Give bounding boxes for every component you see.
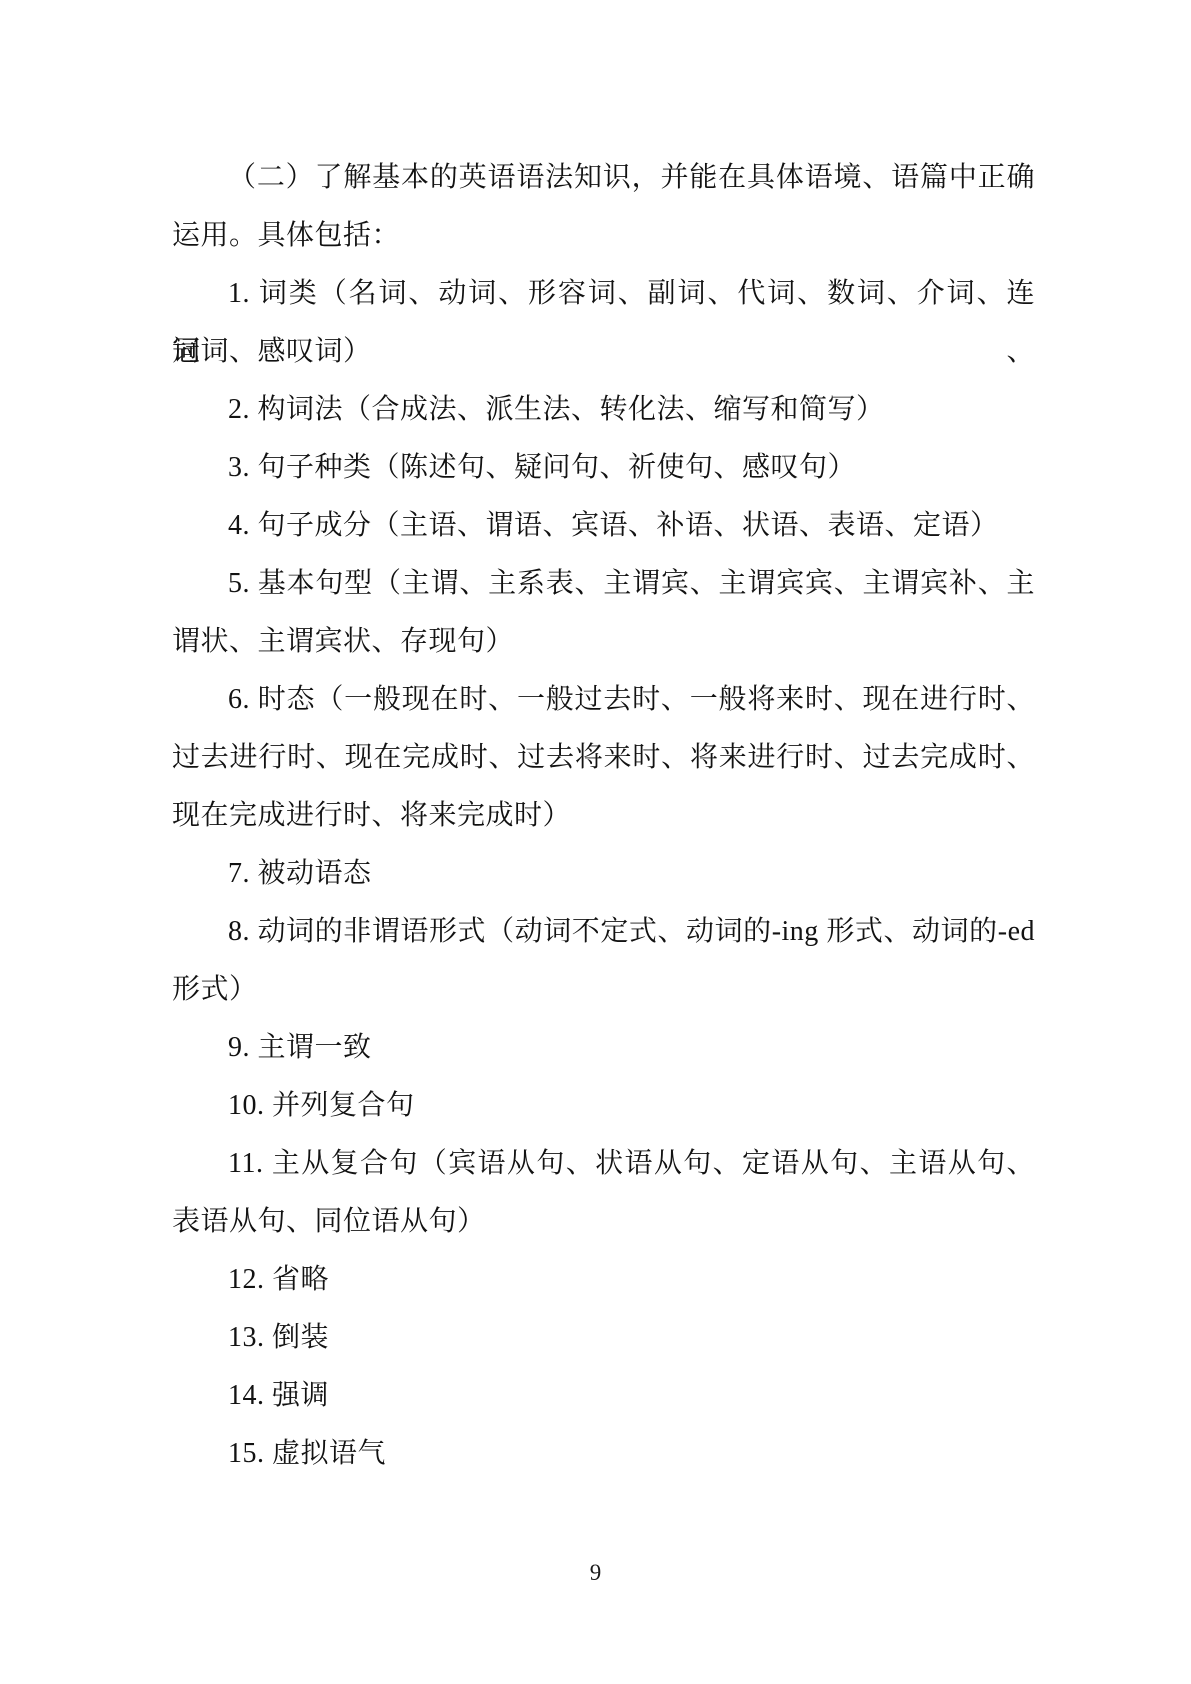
line-intro-1: （二）了解基本的英语语法知识，并能在具体语境、语篇中正确 [172, 149, 1035, 207]
line-item-11b: 表语从句、同位语从句） [172, 1193, 1035, 1251]
page-number: 9 [0, 1560, 1191, 1586]
line-item-13: 13. 倒装 [172, 1309, 1035, 1367]
document-page: （二）了解基本的英语语法知识，并能在具体语境、语篇中正确 运用。具体包括： 1.… [0, 0, 1191, 1684]
line-item-4: 4. 句子成分（主语、谓语、宾语、补语、状语、表语、定语） [172, 497, 1035, 555]
line-item-6c: 现在完成进行时、将来完成时） [172, 787, 1035, 845]
line-item-3: 3. 句子种类（陈述句、疑问句、祈使句、感叹句） [172, 439, 1035, 497]
line-item-5b: 谓状、主谓宾状、存现句） [172, 613, 1035, 671]
document-body: （二）了解基本的英语语法知识，并能在具体语境、语篇中正确 运用。具体包括： 1.… [172, 149, 1035, 1483]
line-item-1a: 1. 词类（名词、动词、形容词、副词、代词、数词、介词、连词、 [172, 265, 1035, 323]
line-item-2: 2. 构词法（合成法、派生法、转化法、缩写和简写） [172, 381, 1035, 439]
line-item-9: 9. 主谓一致 [172, 1019, 1035, 1077]
line-item-15: 15. 虚拟语气 [172, 1425, 1035, 1483]
line-item-6a: 6. 时态（一般现在时、一般过去时、一般将来时、现在进行时、 [172, 671, 1035, 729]
line-item-8a: 8. 动词的非谓语形式（动词不定式、动词的-ing 形式、动词的-ed [172, 903, 1035, 961]
line-item-8b: 形式） [172, 961, 1035, 1019]
line-item-5a: 5. 基本句型（主谓、主系表、主谓宾、主谓宾宾、主谓宾补、主 [172, 555, 1035, 613]
line-item-6b: 过去进行时、现在完成时、过去将来时、将来进行时、过去完成时、 [172, 729, 1035, 787]
line-item-10: 10. 并列复合句 [172, 1077, 1035, 1135]
line-item-7: 7. 被动语态 [172, 845, 1035, 903]
line-item-14: 14. 强调 [172, 1367, 1035, 1425]
line-item-12: 12. 省略 [172, 1251, 1035, 1309]
line-intro-2: 运用。具体包括： [172, 207, 1035, 265]
line-item-11a: 11. 主从复合句（宾语从句、状语从句、定语从句、主语从句、 [172, 1135, 1035, 1193]
